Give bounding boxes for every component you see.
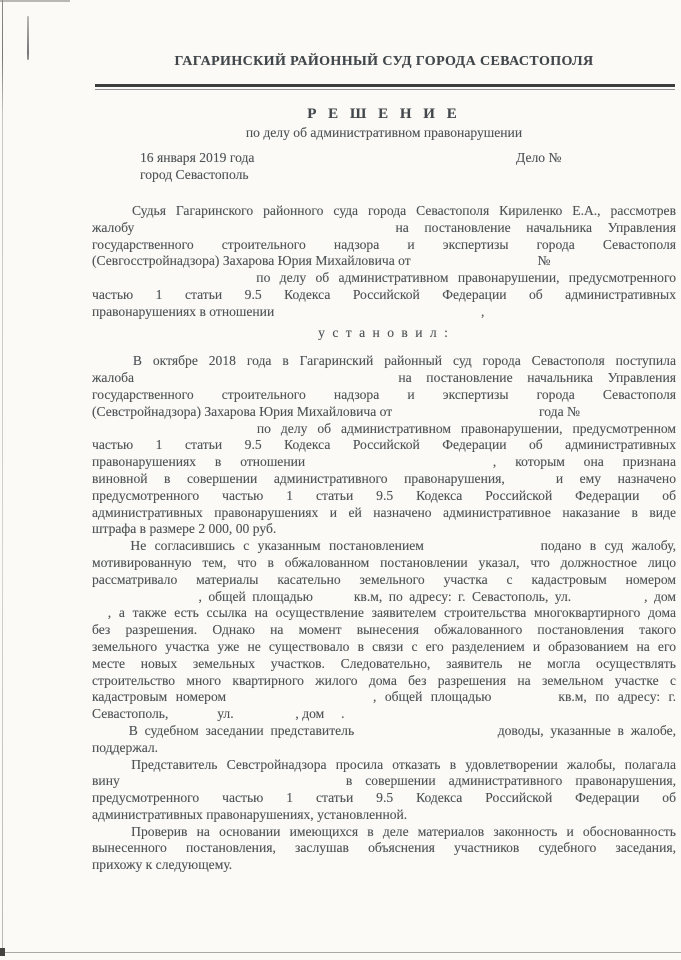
- text-line: правонарушениях в отношении , которым он…: [92, 454, 676, 471]
- section-heading: у с т а н о в и л :: [92, 325, 676, 342]
- redacted-blank: [92, 768, 122, 769]
- redacted-blank: [361, 734, 491, 735]
- text-line: без разрешения. Однако на момент вынесен…: [92, 622, 676, 639]
- redacted-blank: [92, 734, 122, 735]
- text-line: частью 1 статьи 9.5 Кодекса Российской Ф…: [92, 437, 676, 454]
- redacted-blank: [92, 281, 247, 282]
- redacted-blank: [92, 549, 122, 550]
- text-line: поддержал.: [92, 740, 676, 757]
- redacted-blank: [432, 549, 532, 550]
- text-line: по делу об административном правонарушен…: [92, 270, 676, 287]
- paragraph: Судья Гагаринского районного суда города…: [92, 203, 676, 321]
- case-number-label: Дело №: [516, 150, 561, 166]
- redacted-blank: [578, 600, 638, 601]
- redacted-blank: [237, 717, 292, 718]
- text-line: В судебном заседании представитель довод…: [92, 723, 676, 740]
- redacted-blank: [235, 700, 365, 701]
- text-line: Проверив на основании имеющихся в деле м…: [92, 824, 676, 841]
- text-line: земельного участка уже не существовало в…: [92, 639, 676, 656]
- paragraph: В октябре 2018 года в Гагаринский районн…: [92, 353, 676, 538]
- redacted-blank: [149, 381, 384, 382]
- text-line: мотивированную тем, что в обжалованном п…: [92, 555, 676, 572]
- header-divider-rule: [95, 84, 675, 90]
- text-line: (Севгосстройнадзора) Захарова Юрия Михай…: [92, 253, 676, 270]
- paragraph: Представитель Севстройнадзора просила от…: [92, 757, 676, 824]
- text-line: частью 1 статьи 9.5 Кодекса Российской Ф…: [92, 287, 676, 304]
- scan-corner-artifact: [0, 948, 5, 956]
- text-line: предусмотренного частью 1 статьи 9.5 Код…: [92, 790, 676, 807]
- date-row: 16 января 2019 года Дело №: [92, 150, 676, 166]
- text-line: кадастровым номером , общей площадью кв.…: [92, 689, 676, 706]
- redacted-blank: [319, 600, 347, 601]
- court-name: ГАГАРИНСКИЙ РАЙОННЫЙ СУД ГОРОДА СЕВАСТОП…: [92, 54, 676, 70]
- text-line: жалобу на постановление начальника Управ…: [92, 220, 676, 237]
- redacted-blank: [172, 717, 214, 718]
- text-line: прихожу к следующему.: [92, 857, 676, 874]
- redacted-blank: [500, 700, 550, 701]
- text-line: государственного строительного надзора и…: [92, 387, 676, 404]
- text-line: Не согласившись с указанным постановлени…: [92, 538, 676, 555]
- text-line: Представитель Севстройнадзора просила от…: [92, 757, 676, 774]
- text-line: месте новых земельных участков. Следоват…: [92, 656, 676, 673]
- text-line: жалоба на постановление начальника Управ…: [92, 370, 676, 387]
- redacted-blank: [92, 835, 122, 836]
- text-line: , общей площадью кв.м, по адресу: г. Сев…: [92, 589, 676, 606]
- redacted-blank: [92, 432, 247, 433]
- text-line: строительство много квартирного жилого д…: [92, 673, 676, 690]
- paragraph: Проверив на основании имеющихся в деле м…: [92, 824, 676, 874]
- redacted-blank: [92, 616, 100, 617]
- text-line: административных правонарушениях, устано…: [92, 807, 676, 824]
- paragraph: В судебном заседании представитель довод…: [92, 723, 676, 757]
- redacted-blank: [324, 465, 474, 466]
- redacted-blank: [396, 415, 536, 416]
- document-title: Р Е Ш Е Н И Е: [92, 106, 676, 123]
- scan-artifact-mark: [27, 16, 29, 60]
- text-line: Севастополь, ул. , дом .: [92, 706, 676, 723]
- text-line: Судья Гагаринского районного суда города…: [92, 203, 676, 220]
- redacted-blank: [150, 231, 380, 232]
- text-line: правонарушениях в отношении ,: [92, 304, 676, 321]
- text-line: вынесенного постановления, заслушав объя…: [92, 840, 676, 857]
- text-line: (Севстройнадзора) Захарова Юрия Михайлов…: [92, 404, 676, 421]
- text-line: В октябре 2018 года в Гагаринский районн…: [92, 353, 676, 370]
- paragraph: Не согласившись с указанным постановлени…: [92, 538, 676, 723]
- text-line: по делу об административном правонарушен…: [92, 421, 676, 438]
- text-line: предусмотренного частью 1 статьи 9.5 Код…: [92, 488, 676, 505]
- text-line: , а также есть ссылка на осуществление з…: [92, 605, 676, 622]
- text-line: виновной в совершении административного …: [92, 471, 676, 488]
- redacted-blank: [278, 315, 478, 316]
- redacted-blank: [521, 482, 539, 483]
- redacted-blank: [328, 717, 338, 718]
- document-subtitle: по делу об административном правонарушен…: [92, 125, 676, 141]
- text-line: рассматривало материалы касательно земел…: [92, 572, 676, 589]
- page-top-edge-shadow: [0, 0, 70, 2]
- page-left-edge-shadow: [2, 0, 3, 953]
- redacted-blank: [414, 264, 534, 265]
- text-line: вину в совершении административного прав…: [92, 773, 676, 790]
- redacted-blank: [133, 784, 333, 785]
- redacted-blank: [92, 214, 122, 215]
- decision-date: 16 января 2019 года: [92, 150, 254, 165]
- scanned-court-document-page: ГАГАРИНСКИЙ РАЙОННЫЙ СУД ГОРОДА СЕВАСТОП…: [0, 0, 681, 960]
- text-line: штрафа в размере 2 000, 00 руб.: [92, 521, 676, 538]
- decision-city: город Севастополь: [140, 167, 249, 183]
- page-bottom-edge-shadow: [0, 952, 681, 953]
- redacted-blank: [92, 600, 192, 601]
- document-body: Судья Гагаринского районного суда города…: [92, 203, 676, 874]
- redacted-blank: [92, 364, 122, 365]
- text-line: административных правонарушениях и ей на…: [92, 505, 676, 522]
- text-line: государственного строительного надзора и…: [92, 237, 676, 254]
